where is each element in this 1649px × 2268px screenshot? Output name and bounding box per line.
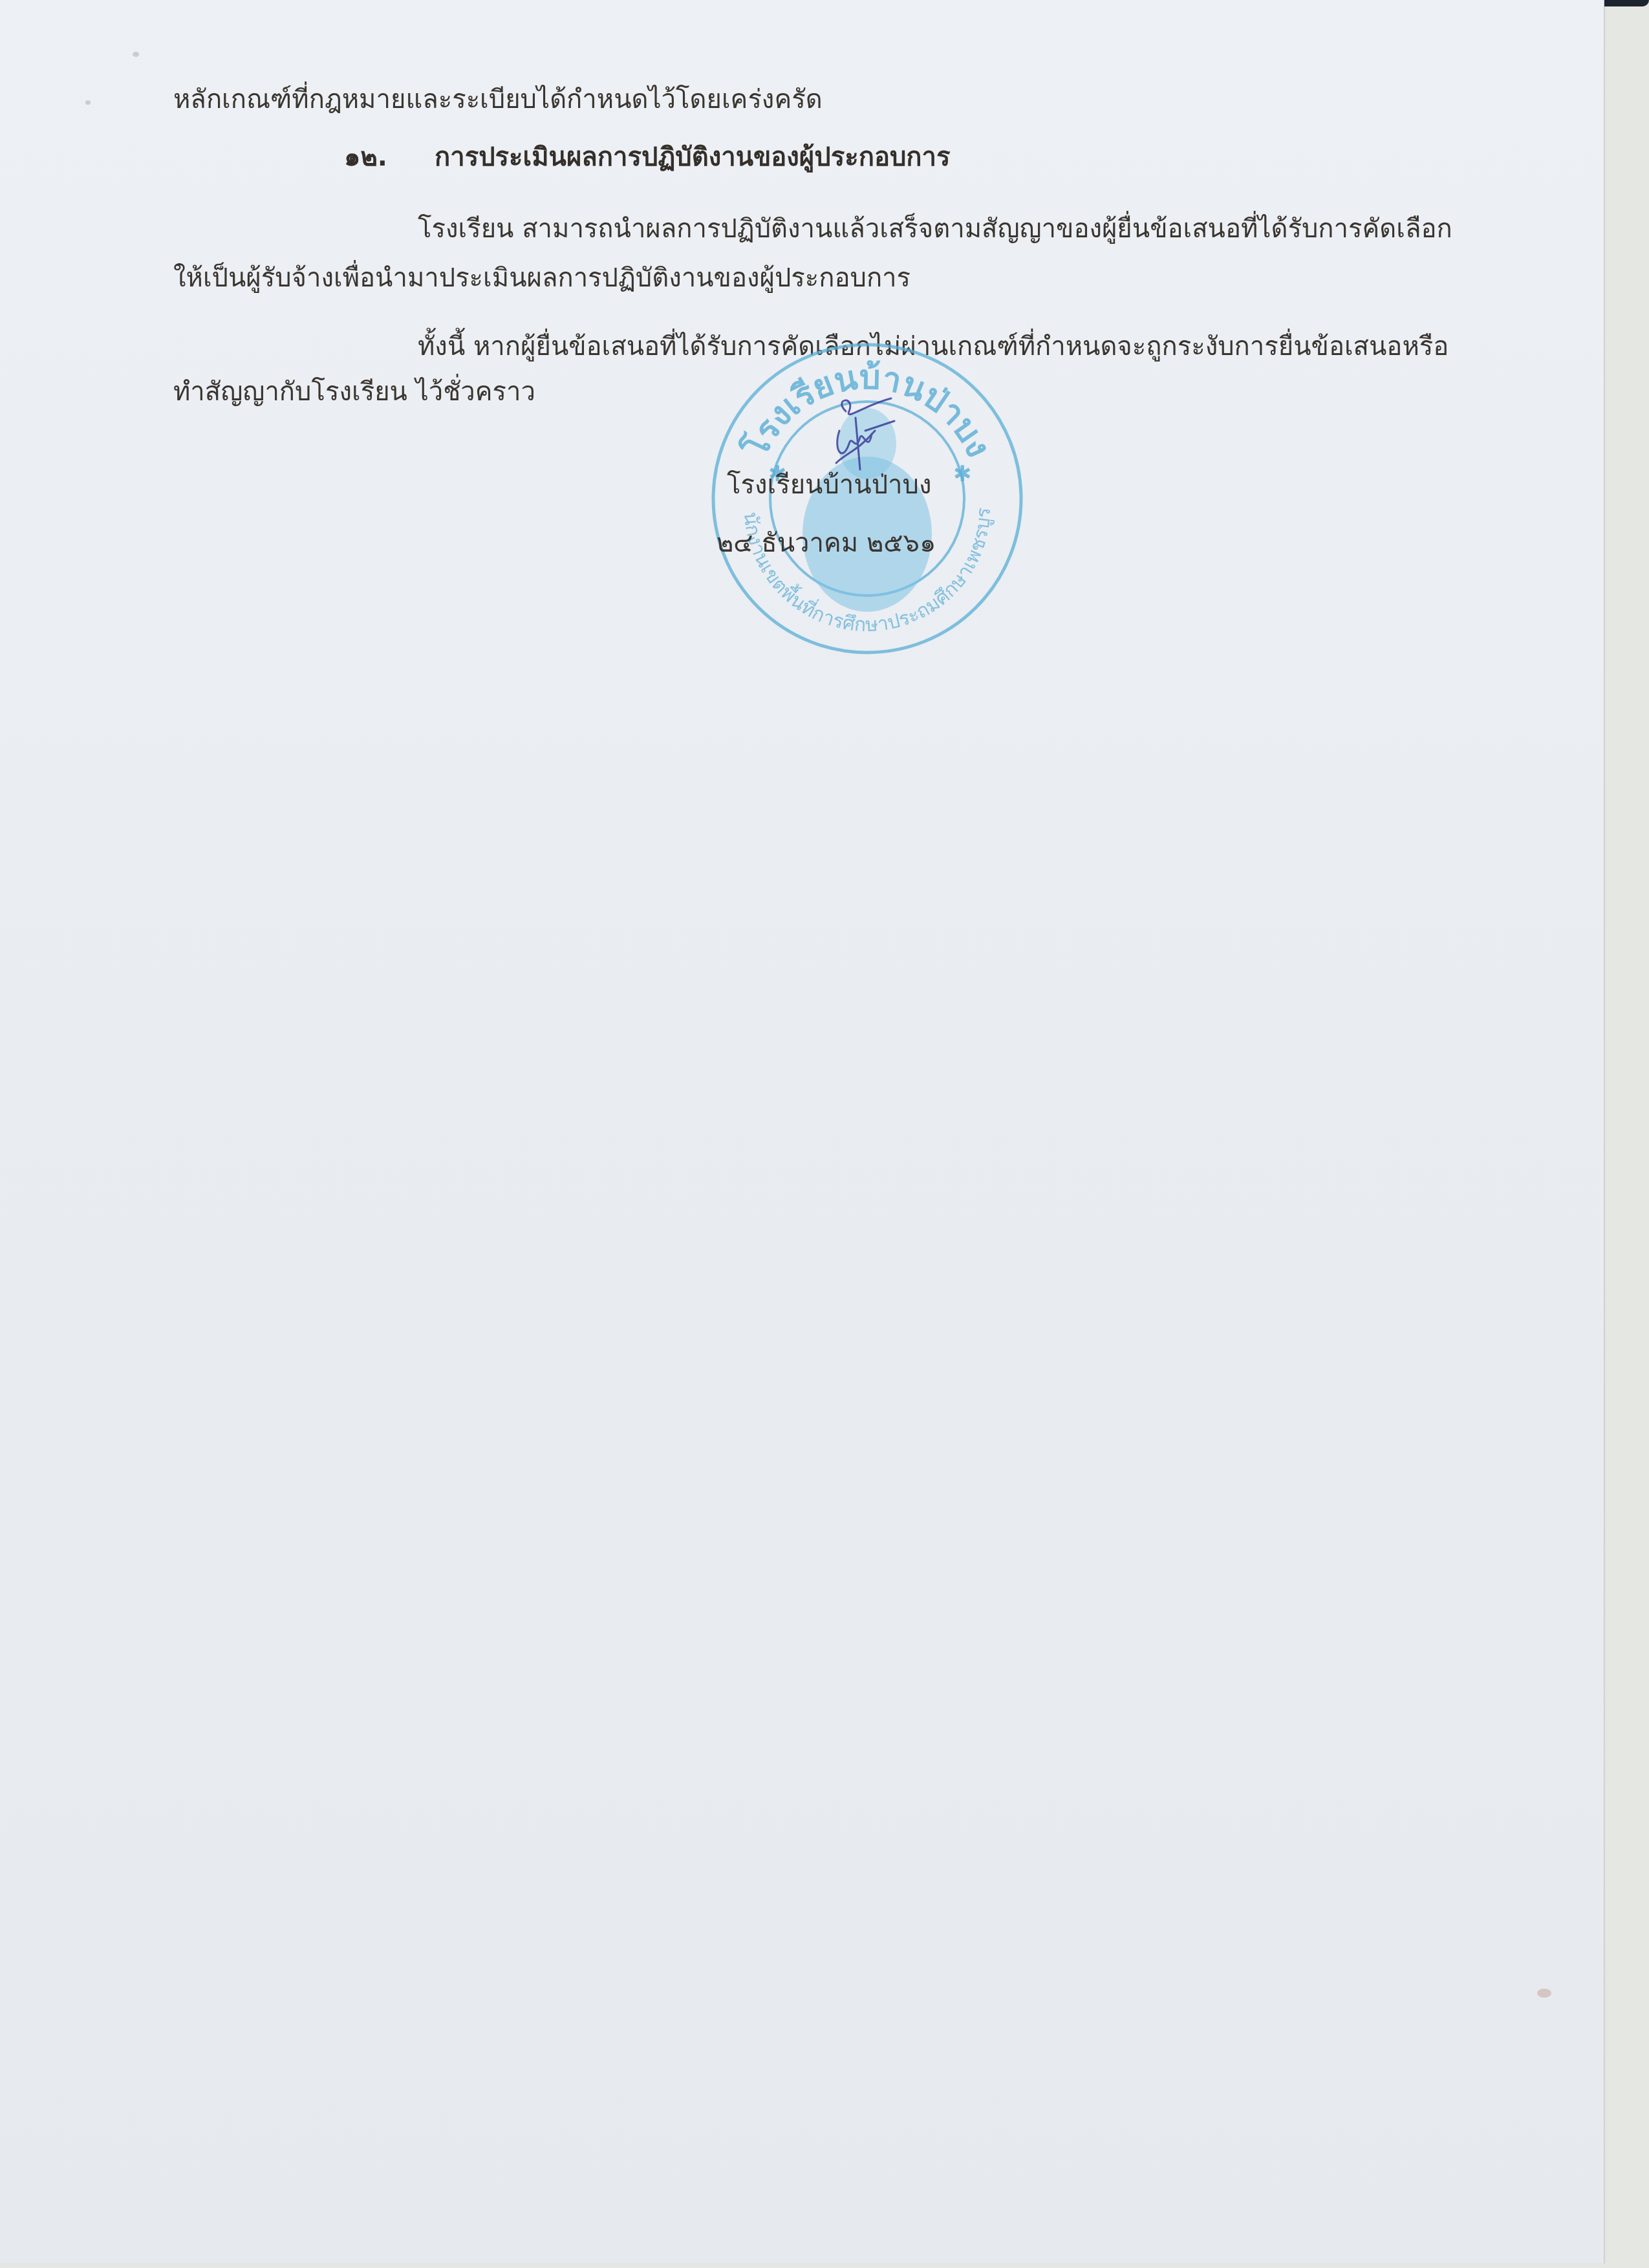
section-number: ๑๒. — [344, 139, 435, 175]
punch-mark — [85, 100, 91, 105]
continuation-line: หลักเกณฑ์ที่กฎหมายและระเบียบได้กำหนดไว้โ… — [173, 81, 823, 118]
document-page: หลักเกณฑ์ที่กฎหมายและระเบียบได้กำหนดไว้โ… — [0, 0, 1604, 2263]
section-title: การประเมินผลการปฏิบัติงานของผู้ประกอบการ — [435, 142, 950, 172]
section-heading: ๑๒.การประเมินผลการปฏิบัติงานของผู้ประกอบ… — [344, 139, 950, 175]
paragraph-1-line-1: โรงเรียน สามารถนำผลการปฏิบัติงานแล้วเสร็… — [418, 211, 1452, 247]
paragraph-1-line-2: ให้เป็นผู้รับจ้างเพื่อนำมาประเมินผลการปฏ… — [173, 260, 911, 296]
paragraph-2-line-2: ทำสัญญากับโรงเรียน ไว้ชั่วคราว — [173, 374, 535, 410]
signature-date: ๒๔ ธันวาคม ๒๕๖๑ — [717, 525, 936, 561]
signature — [820, 392, 898, 476]
scanner-lid-corner — [1604, 0, 1649, 6]
punch-mark — [133, 52, 139, 57]
paper-speck — [1537, 1989, 1551, 1998]
svg-text:✱: ✱ — [953, 461, 972, 487]
signature-organization: โรงเรียนบ้านป่าบง — [727, 467, 931, 503]
